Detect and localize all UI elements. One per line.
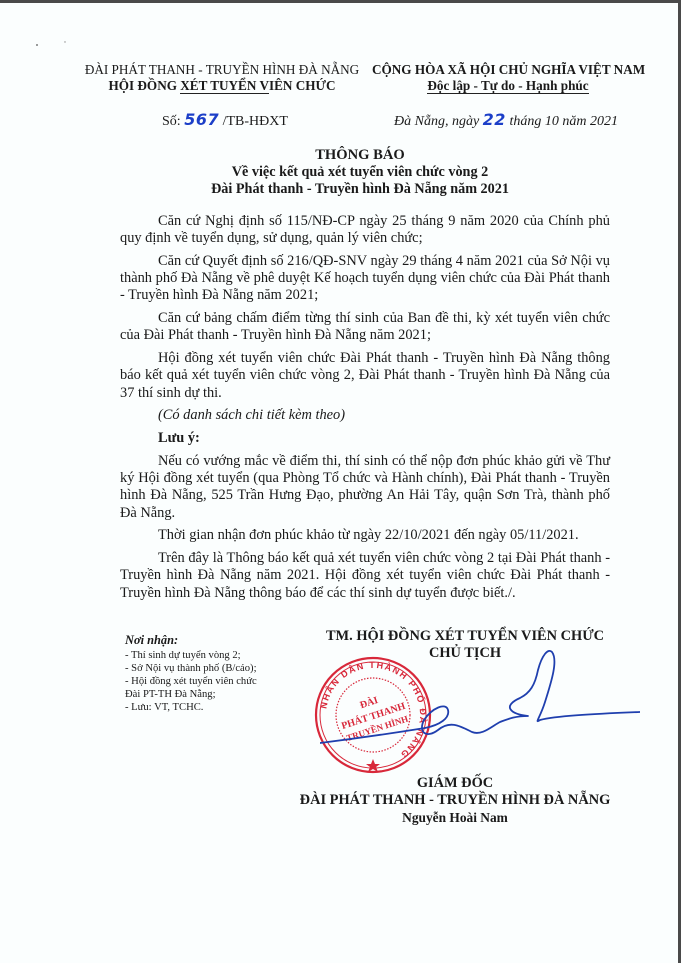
recipients-heading: Nơi nhận: [125,633,315,648]
recipients-list: Nơi nhận: - Thí sinh dự tuyển vòng 2; - … [125,633,315,714]
recipient-item: - Sở Nội vụ thành phố (B/cáo); [125,662,315,675]
notice-heading: THÔNG BÁO [150,147,570,164]
signatory-block: TM. HỘI ĐỒNG XÉT TUYỂN VIÊN CHỨC CHỦ TỊC… [290,628,640,662]
note-label: Lưu ý: [120,430,610,447]
signatory-name: Nguyễn Hoài Nam [280,809,630,826]
council-name: HỘI ĐỒNG XÉT TUYỂN VIÊN CHỨC [82,78,362,94]
recipient-item: - Thí sinh dự tuyển vòng 2; [125,649,315,662]
paragraph-announcement: Hội đồng xét tuyển viên chức Đài Phát th… [120,350,610,402]
council-name-underline: XÉT TUYỂN V [180,78,269,94]
recipient-item: - Lưu: VT, TCHC. [125,701,315,714]
country-name: CỘNG HÒA XÃ HỘI CHỦ NGHĨA VIỆT NAM [372,62,644,78]
parent-organization: ĐÀI PHÁT THANH - TRUYỀN HÌNH ĐÀ NẴNG [82,62,362,78]
handwritten-day: 22 [483,110,506,129]
paragraph-appeal-period: Thời gian nhận đơn phúc khảo từ ngày 22/… [120,527,610,544]
recipient-item: - Hội đồng xét tuyển viên chức [125,675,315,688]
issue-date: Đà Nẵng, ngày 22 tháng 10 năm 2021 [394,110,618,130]
document-number: Số: 567 /TB-HĐXT [162,110,288,130]
signatory-organization: ĐÀI PHÁT THANH - TRUYỀN HÌNH ĐÀ NẴNG [280,792,630,809]
paragraph-appeal-instructions: Nếu có vướng mắc về điểm thi, thí sinh c… [120,453,610,522]
on-behalf-of: TM. HỘI ĐỒNG XÉT TUYỂN VIÊN CHỨC [290,628,640,645]
signatory-role: CHỦ TỊCH [290,645,640,662]
notice-subject-line-2: Đài Phát thanh - Truyền hình Đà Nẵng năm… [150,181,570,198]
issuing-authority: ĐÀI PHÁT THANH - TRUYỀN HÌNH ĐÀ NẴNG HỘI… [82,62,362,94]
recipient-item: Đài PT-TH Đà Nẵng; [125,688,315,701]
handwritten-number: 567 [184,110,219,129]
paragraph-closing: Trên đây là Thông báo kết quả xét tuyển … [120,550,610,602]
notice-subject-line-1: Về việc kết quả xét tuyển viên chức vòng… [150,164,570,181]
paragraph-legal-basis-scores: Căn cứ bảng chấm điểm từng thí sinh của … [120,310,610,344]
scan-specks [30,38,70,53]
document-page: ĐÀI PHÁT THANH - TRUYỀN HÌNH ĐÀ NẴNG HỘI… [0,0,678,963]
signatory-title: GIÁM ĐỐC [280,775,630,792]
attachment-note: (Có danh sách chi tiết kèm theo) [120,407,610,424]
national-heading: CỘNG HÒA XÃ HỘI CHỦ NGHĨA VIỆT NAM Độc l… [372,62,644,94]
paragraph-legal-basis-decree: Căn cứ Nghị định số 115/NĐ-CP ngày 25 th… [120,213,610,247]
national-motto: Độc lập - Tự do - Hạnh phúc [427,78,588,94]
signatory-details: GIÁM ĐỐC ĐÀI PHÁT THANH - TRUYỀN HÌNH ĐÀ… [280,775,630,826]
notice-title: THÔNG BÁO Về việc kết quả xét tuyển viên… [150,147,570,198]
notice-body: Căn cứ Nghị định số 115/NĐ-CP ngày 25 th… [120,213,610,607]
paragraph-legal-basis-decision: Căn cứ Quyết định số 216/QĐ-SNV ngày 29 … [120,253,610,305]
